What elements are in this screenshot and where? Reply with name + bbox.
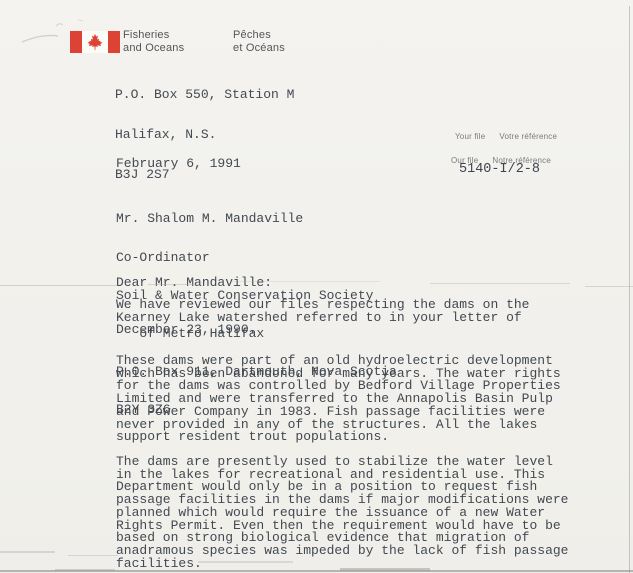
dept-en-line2: and Oceans xyxy=(123,42,184,55)
flag-field xyxy=(82,31,108,53)
dept-name-french: Pêches et Océans xyxy=(233,29,285,55)
letter-page: Fisheries and Oceans Pêches et Océans P.… xyxy=(0,0,633,573)
sender-address: P.O. Box 550, Station M Halifax, N.S. B3… xyxy=(115,62,294,207)
smudge xyxy=(68,555,118,556)
flag-left-bar xyxy=(70,31,82,53)
fold-crease xyxy=(230,281,380,282)
recipient-line: Co-Ordinator xyxy=(116,252,397,265)
sender-address-line: Halifax, N.S. xyxy=(115,128,294,141)
your-file-label-en: Your file xyxy=(455,132,485,141)
dept-fr-line2: et Océans xyxy=(233,42,285,55)
dept-name-english: Fisheries and Oceans xyxy=(123,29,184,55)
our-file-number: 5140-I/2-8 xyxy=(459,164,540,177)
flag-right-bar xyxy=(108,31,120,53)
dept-en-line1: Fisheries xyxy=(123,29,184,42)
paragraph-2: These dams were part of an old hydroelec… xyxy=(116,355,561,444)
recipient-line: Mr. Shalom M. Mandaville xyxy=(116,213,397,226)
smudge xyxy=(55,569,115,571)
smudge xyxy=(198,561,293,563)
paragraph-3: The dams are presently used to stabilize… xyxy=(116,456,568,570)
your-file-row: Your fileVotre référence xyxy=(455,132,557,141)
your-file-label-fr: Votre référence xyxy=(499,132,557,141)
scan-edge-right xyxy=(629,6,630,573)
dept-fr-line1: Pêches xyxy=(233,29,285,42)
canada-flag-logo xyxy=(70,31,120,53)
fold-crease xyxy=(148,284,198,285)
smudge xyxy=(340,568,430,571)
fold-crease xyxy=(430,283,570,284)
maple-leaf-icon xyxy=(86,33,104,51)
fold-crease xyxy=(0,285,118,286)
fold-crease xyxy=(585,286,633,287)
smudge xyxy=(0,551,55,553)
sender-address-line: P.O. Box 550, Station M xyxy=(115,88,294,101)
letter-date: February 6, 1991 xyxy=(116,158,241,171)
paragraph-1: We have reviewed our files respecting th… xyxy=(116,299,529,337)
